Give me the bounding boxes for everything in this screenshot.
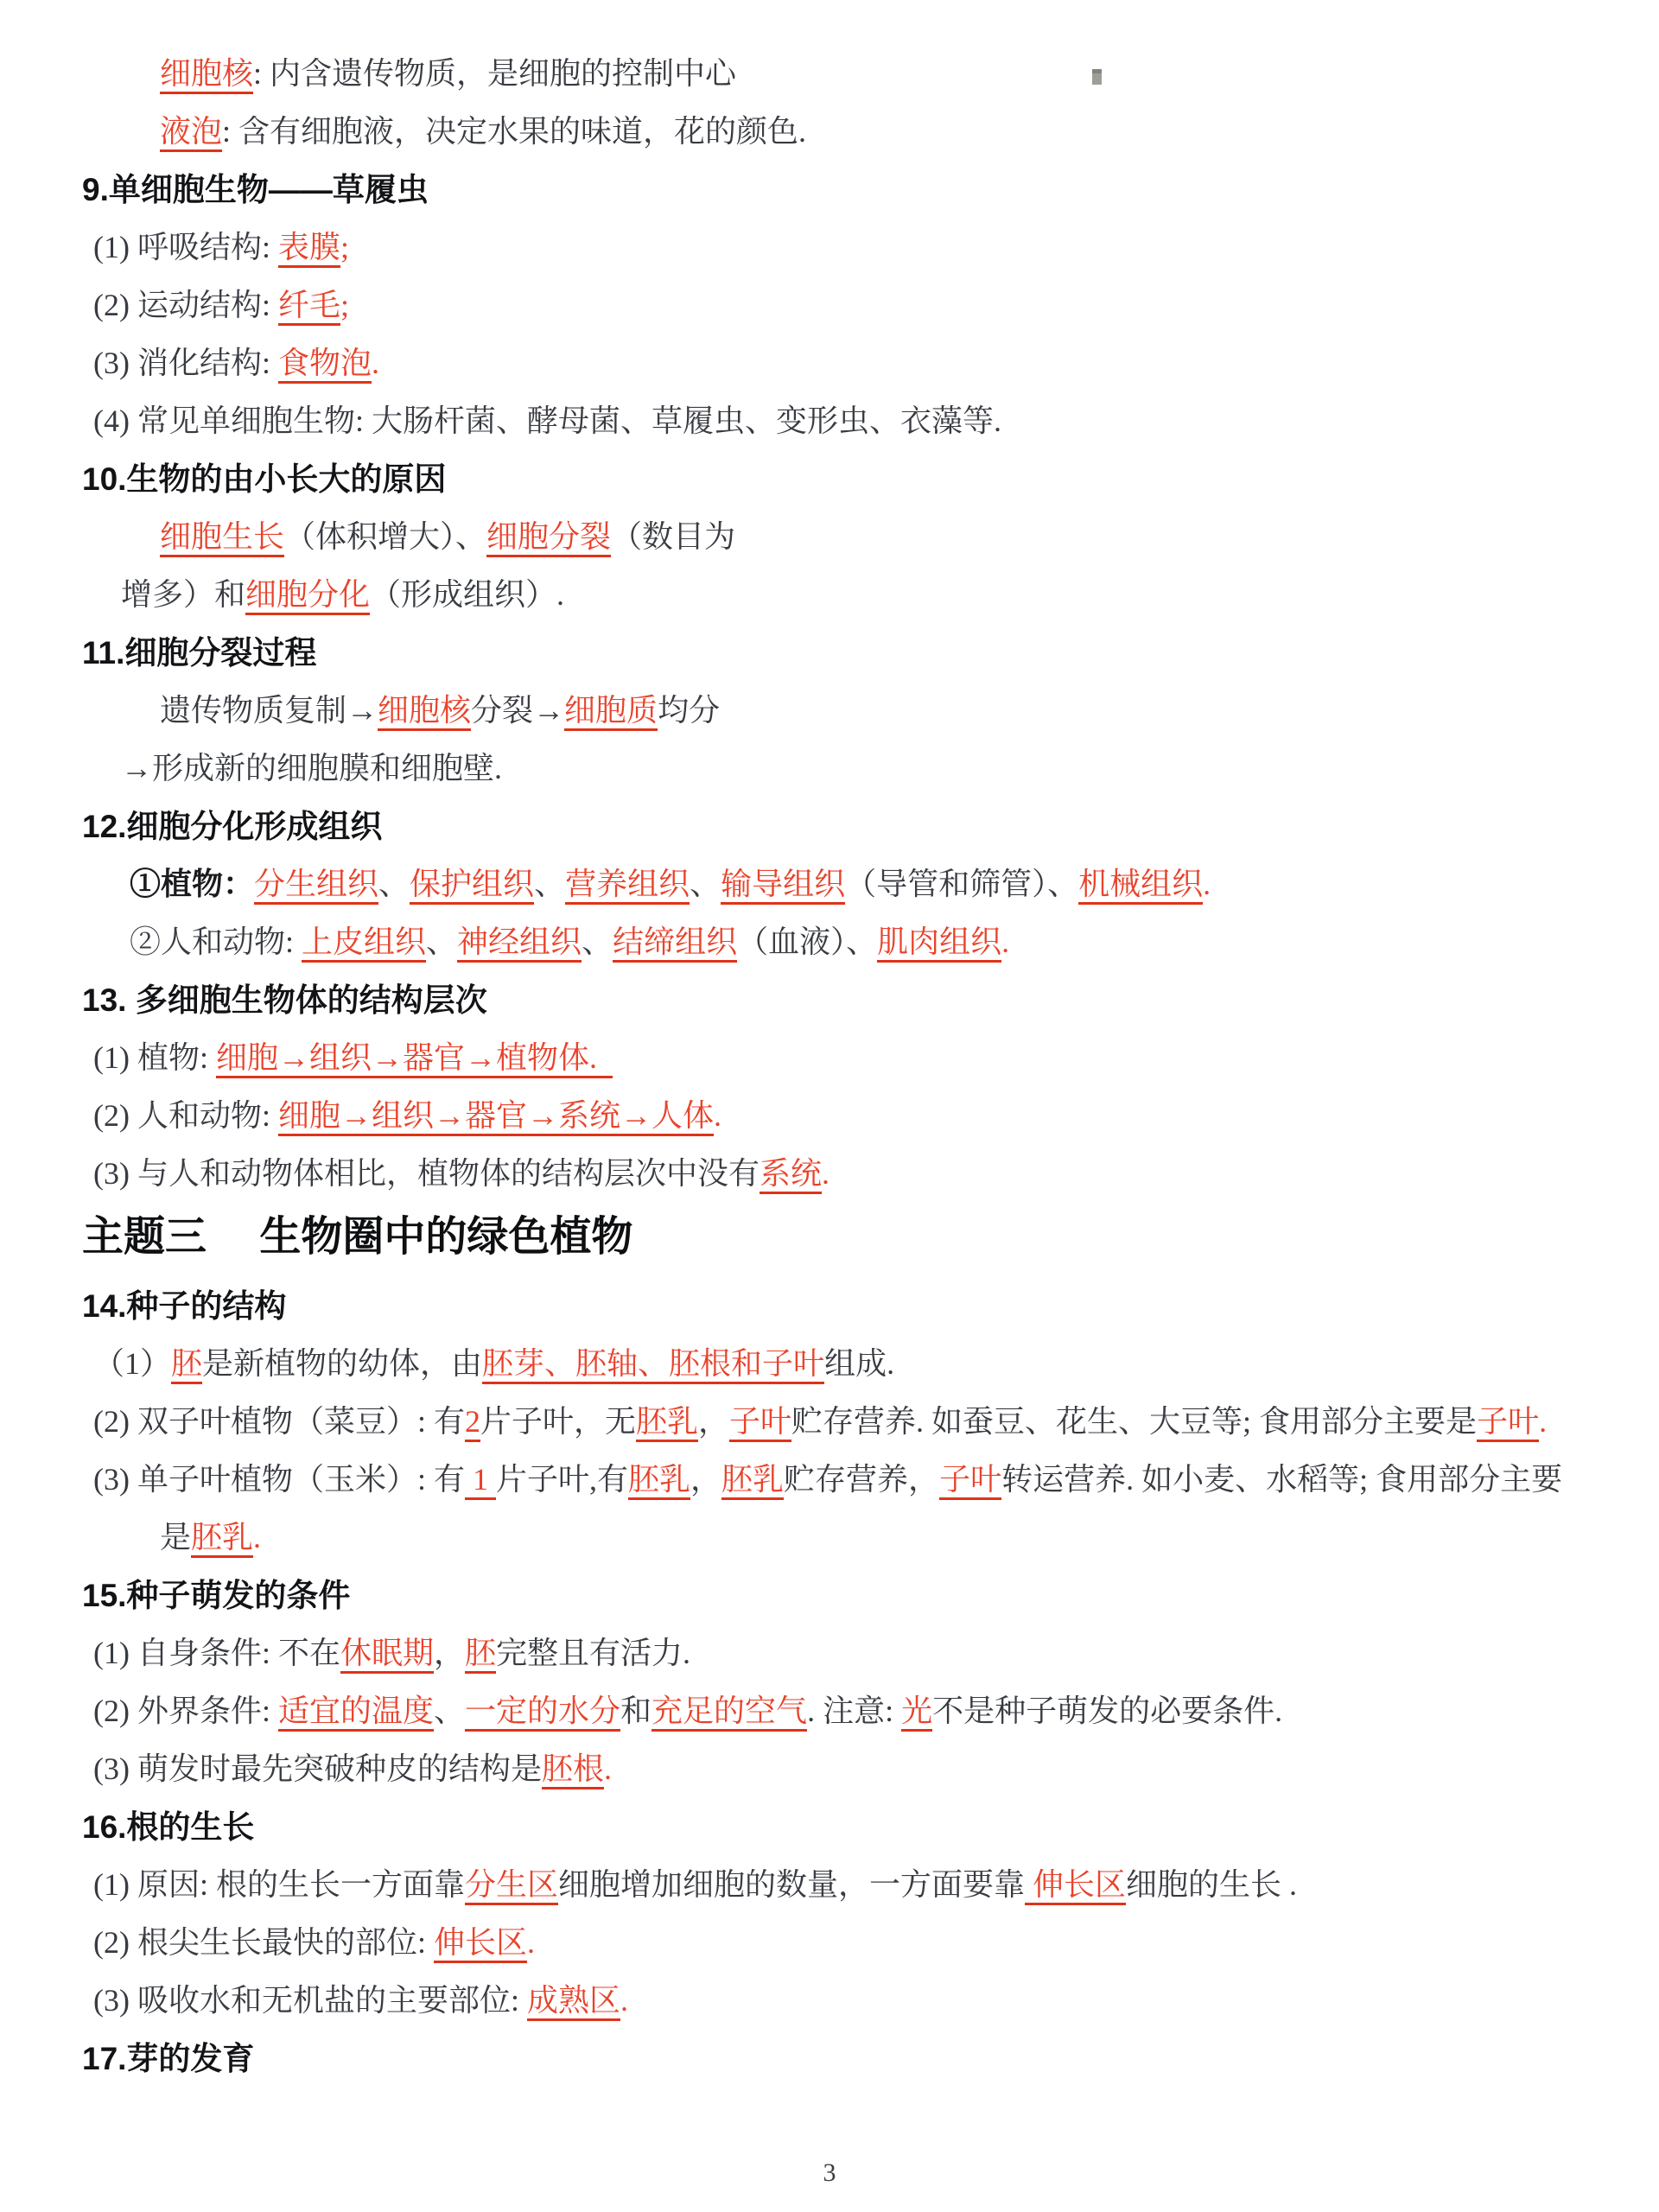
text-segment: . [604,1751,612,1786]
keyword-blank: 2 [465,1404,480,1442]
text-segment: 转运营养. 如小麦、水稻等; 食用部分主要 [1001,1462,1562,1497]
text-segment: 组成. [824,1346,894,1381]
text-segment: (1) 原因: 根的生长一方面靠 [93,1867,465,1902]
list-item: (3) 消化结构: 食物泡. [0,343,1659,384]
text-segment: : 含有细胞液，决定水果的味道，花的颜色. [222,114,806,149]
list-item: (2) 根尖生长最快的部位: 伸长区. [0,1923,1659,1963]
chapter-heading: 主题三 生物圈中的绿色植物 [0,1211,1659,1263]
list-item: (1) 原因: 根的生长一方面靠分生区细胞增加细胞的数量，一方面要靠 伸长区细胞… [0,1865,1659,1905]
text-segment: (3) 萌发时最先突破种皮的结构是 [93,1751,542,1786]
keyword-blank: 胚 [465,1636,496,1674]
keyword-blank: 1 [465,1462,496,1500]
text-segment: (3) 单子叶植物（玉米）: 有 [93,1462,465,1497]
list-item: (3) 单子叶植物（玉米）: 有 1 片子叶,有胚乳，胚乳贮存营养，子叶转运营养… [0,1459,1659,1500]
keyword-blank: 休眠期 [340,1636,434,1674]
text-segment: 15.种子萌发的条件 [82,1578,350,1613]
text-segment: . [253,1520,261,1554]
text-segment: →形成新的细胞膜和细胞壁. [121,751,502,785]
continuation-line: →形成新的细胞膜和细胞壁. [0,748,1659,789]
text-segment: 分裂→ [471,693,564,728]
keyword-blank: 纤毛 [278,288,340,326]
keyword-blank: 细胞核 [160,56,253,94]
text-segment: . [714,1098,721,1133]
keyword-blank: 肌肉组织 [877,925,1001,963]
keyword-blank: 细胞分裂 [486,519,611,557]
text-segment: (3) 与人和动物体相比，植物体的结构层次中没有 [93,1156,760,1191]
text-segment: 9.单细胞生物——草履虫 [82,172,429,207]
text-segment: 主题三 生物圈中的绿色植物 [82,1214,632,1260]
keyword-blank: 光 [901,1694,932,1732]
keyword-blank: 一定的水分 [465,1694,620,1732]
list-item: (1) 呼吸结构: 表膜; [0,227,1659,268]
list-item: (1) 自身条件: 不在休眠期，胚完整且有活力. [0,1633,1659,1674]
text-segment: 、 [534,867,565,901]
keyword-blank: 液泡 [160,114,222,152]
text-segment: . [527,1925,535,1960]
text-segment: 13. 多细胞生物体的结构层次 [82,982,487,1018]
keyword-blank: 胚乳 [191,1520,253,1558]
page-number: 3 [0,2158,1659,2188]
document-body: 细胞核: 内含遗传物质，是细胞的控制中心液泡: 含有细胞液，决定水果的味道，花的… [0,54,1659,2079]
list-item: (2) 外界条件: 适宜的温度、一定的水分和充足的空气. 注意: 光不是种子萌发… [0,1691,1659,1732]
section-heading: 17.芽的发育 [0,2038,1659,2079]
keyword-blank: 细胞质 [564,693,658,731]
text-segment: 、 [434,1694,465,1728]
text-segment: 片子叶，无 [480,1404,636,1439]
keyword-blank: 营养组织 [565,867,690,905]
text-segment: （1） [93,1346,171,1381]
text-segment: (3) 吸收水和无机盐的主要部位: [93,1983,527,2018]
text-segment: 17.芽的发育 [82,2041,254,2076]
text-segment: 不是种子萌发的必要条件. [932,1694,1282,1728]
list-item: (3) 萌发时最先突破种皮的结构是胚根. [0,1749,1659,1789]
text-segment: 10.生物的由小长大的原因 [82,461,446,497]
section-heading: 13. 多细胞生物体的结构层次 [0,980,1659,1020]
text-segment: 16.根的生长 [82,1809,254,1845]
keyword-blank: 机械组织 [1078,867,1203,905]
indented-line: ②人和动物: 上皮组织、神经组织、结缔组织（血液）、肌肉组织. [0,922,1659,963]
text-segment: . [620,1983,628,2018]
section-heading: 9.单细胞生物——草履虫 [0,169,1659,210]
indented-line: 细胞生长（体积增大）、细胞分裂（数目为 [0,517,1659,557]
text-segment: . [372,346,379,380]
keyword-blank: 输导组织 [721,867,845,905]
keyword-blank: 食物泡 [278,346,372,384]
keyword-blank: 细胞生长 [160,519,284,557]
text-segment: 是新植物的幼体，由 [202,1346,482,1381]
keyword-blank: 伸长区 [1025,1867,1126,1905]
text-segment: 和 [620,1694,652,1728]
keyword-blank: 适宜的温度 [278,1694,434,1732]
text-segment: 11.细胞分裂过程 [82,635,316,671]
list-item: （1）胚是新植物的幼体，由胚芽、胚轴、胚根和子叶组成. [0,1344,1659,1384]
text-segment: 细胞增加细胞的数量，一方面要靠 [558,1867,1025,1902]
text-segment: 增多）和 [121,577,245,612]
keyword-blank: 细胞→组织→器官→系统→人体 [278,1098,714,1136]
keyword-blank: 子叶 [1477,1404,1539,1442]
text-segment: ; [340,288,349,322]
text-segment: （形成组织）. [370,577,564,612]
text-segment: . [1539,1404,1547,1439]
section-heading: 12.细胞分化形成组织 [0,806,1659,847]
text-segment: （体积增大）、 [284,519,486,554]
keyword-blank: 胚乳 [628,1462,690,1500]
keyword-blank: 子叶 [729,1404,791,1442]
text-segment: : 内含遗传物质，是细胞的控制中心 [253,56,736,91]
section-heading: 15.种子萌发的条件 [0,1575,1659,1616]
text-segment: 、 [378,867,410,901]
text-segment: 是 [160,1520,191,1554]
text-segment: 贮存营养. 如蚕豆、花生、大豆等; 食用部分主要是 [791,1404,1477,1439]
text-segment: （血液）、 [737,925,877,959]
keyword-blank: 伸长区 [434,1925,527,1963]
keyword-blank: 结缔组织 [613,925,737,963]
keyword-blank: 系统 [760,1156,822,1194]
keyword-blank: 子叶 [939,1462,1001,1500]
text-segment: (3) 消化结构: [93,346,278,380]
text-segment: 均分 [658,693,720,728]
keyword-blank: 胚乳 [636,1404,698,1442]
text-segment: ①植物： [130,867,254,901]
indented-line: 是胚乳. [0,1517,1659,1558]
list-item: (3) 与人和动物体相比，植物体的结构层次中没有系统. [0,1154,1659,1194]
text-segment: 12.细胞分化形成组织 [82,809,382,844]
text-segment: . 注意: [807,1694,901,1728]
text-segment: (4) 常见单细胞生物: 大肠杆菌、酵母菌、草履虫、变形虫、衣藻等. [93,404,1001,438]
keyword-blank: 充足的空气 [652,1694,807,1732]
text-segment: (2) 双子叶植物（菜豆）: 有 [93,1404,465,1439]
text-segment: . [1001,925,1009,959]
text-segment: (2) 根尖生长最快的部位: [93,1925,434,1960]
indented-line: 细胞核: 内含遗传物质，是细胞的控制中心 [0,54,1659,94]
keyword-blank: 神经组织 [457,925,582,963]
text-segment: 、 [582,925,613,959]
section-heading: 10.生物的由小长大的原因 [0,459,1659,499]
keyword-blank: 保护组织 [410,867,534,905]
list-item: (1) 植物: 细胞→组织→器官→植物体. [0,1038,1659,1078]
list-item: (2) 双子叶植物（菜豆）: 有2片子叶，无胚乳，子叶贮存营养. 如蚕豆、花生、… [0,1402,1659,1442]
text-segment: (1) 自身条件: 不在 [93,1636,340,1670]
text-segment: 、 [426,925,457,959]
continuation-line: 增多）和细胞分化（形成组织）. [0,575,1659,615]
keyword-blank: 细胞核 [378,693,471,731]
text-segment: 、 [690,867,721,901]
text-segment: 片子叶,有 [496,1462,628,1497]
text-segment: （数目为 [611,519,735,554]
text-segment: (1) 呼吸结构: [93,230,278,264]
section-heading: 11.细胞分裂过程 [0,632,1659,673]
keyword-blank: 胚 [171,1346,202,1384]
text-segment: ②人和动物: [130,925,302,959]
list-item: (2) 运动结构: 纤毛; [0,285,1659,326]
section-heading: 14.种子的结构 [0,1286,1659,1326]
list-item: (2) 人和动物: 细胞→组织→器官→系统→人体. [0,1096,1659,1136]
indented-line: ①植物：分生组织、保护组织、营养组织、输导组织（导管和筛管）、机械组织. [0,864,1659,905]
text-segment: ， [698,1404,729,1439]
text-segment: ; [340,230,349,264]
text-segment: 14.种子的结构 [82,1288,286,1324]
keyword-blank: 表膜 [278,230,340,268]
stray-mark [1092,69,1102,85]
document-page: 细胞核: 内含遗传物质，是细胞的控制中心液泡: 含有细胞液，决定水果的味道，花的… [0,0,1659,2212]
indented-line: 液泡: 含有细胞液，决定水果的味道，花的颜色. [0,111,1659,152]
keyword-blank: 胚芽、胚轴、胚根和子叶 [482,1346,824,1384]
text-segment: (2) 人和动物: [93,1098,278,1133]
text-segment: ， [434,1636,465,1670]
keyword-blank: 细胞分化 [245,577,370,615]
list-item: (4) 常见单细胞生物: 大肠杆菌、酵母菌、草履虫、变形虫、衣藻等. [0,401,1659,442]
text-segment: 贮存营养， [784,1462,939,1497]
keyword-blank: 分生区 [465,1867,558,1905]
keyword-blank: 细胞→组织→器官→植物体. [216,1040,613,1078]
keyword-blank: 胚乳 [721,1462,784,1500]
keyword-blank: 分生组织 [254,867,378,905]
text-segment: 细胞的生长 . [1126,1867,1297,1902]
keyword-blank: 上皮组织 [302,925,426,963]
text-segment: 遗传物质复制→ [160,693,378,728]
text-segment: (1) 植物: [93,1040,216,1075]
section-heading: 16.根的生长 [0,1807,1659,1847]
text-segment: (2) 外界条件: [93,1694,278,1728]
text-segment: . [822,1156,829,1191]
text-segment: （导管和筛管）、 [845,867,1078,901]
text-segment: (2) 运动结构: [93,288,278,322]
keyword-blank: 胚根 [542,1751,604,1789]
text-segment: . [1203,867,1211,901]
list-item: (3) 吸收水和无机盐的主要部位: 成熟区. [0,1980,1659,2021]
keyword-blank: 成熟区 [527,1983,620,2021]
indented-line: 遗传物质复制→细胞核分裂→细胞质均分 [0,690,1659,731]
text-segment: 完整且有活力. [496,1636,690,1670]
text-segment: ， [690,1462,721,1497]
